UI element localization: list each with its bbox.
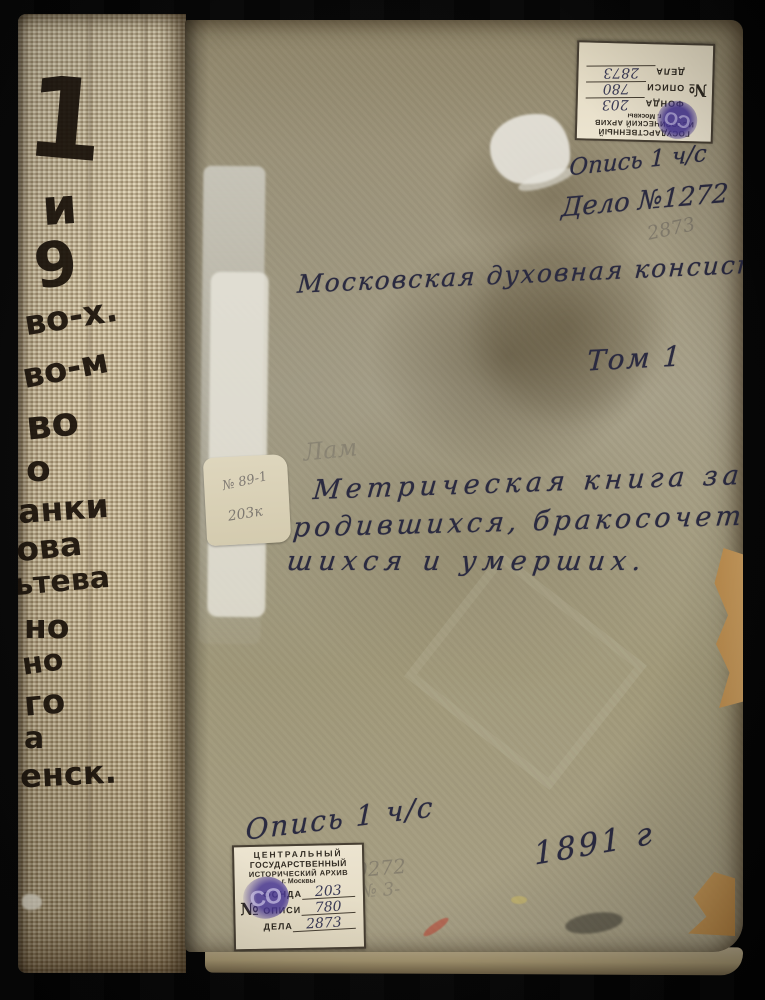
label-remnant-number: № 89-1 [221,469,269,494]
stamp-rows: № ФОНДА 203 ОПИСИ 780 ДЕЛА 2873 [580,64,711,111]
stamp-row-opis: ОПИСИ 780 [586,80,684,95]
ghost-stamp-impression [404,552,647,790]
spine-writing-fragment: во-х. [22,293,120,341]
spine-writing-fragment: 1 [21,61,108,179]
spine-writing-fragment: 9 [30,232,80,299]
stamp-row-value: 2873 [586,65,655,78]
stamp-row-value: 780 [301,901,356,916]
label-remnant-fond: 203к [227,503,264,524]
book-spine-burlap: 1 и 9 во-х. во-м во о анки ова ьтева но … [18,14,186,973]
stamp-row-delo: ДЕЛА 2873 [586,64,684,79]
stamp-row-label: ОПИСИ [646,82,684,93]
archive-stamp-bottom-left: ЦЕНТРАЛЬНЫЙ ГОСУДАРСТВЕННЫЙ ИСТОРИЧЕСКИЙ… [232,843,366,952]
red-pencil-mark [421,915,450,939]
stamp-row-delo: ДЕЛА 2873 [263,918,355,932]
stamp-row-value: 203 [302,885,355,900]
stamp-row-value: 2873 [293,917,356,932]
pencil-number-bottom2: № 3- [359,879,401,903]
handwriting-title-line2: родившихся, бракосочетав- [292,499,743,543]
spine-writing-fragment: но [20,645,65,680]
dark-smudge [564,909,624,937]
stamp-row-label: ДЕЛА [655,66,684,77]
stamp-row-label: ДЕЛА [264,921,293,932]
spine-writing-fragment: го [23,684,67,721]
stamp-row-value: 780 [586,81,646,94]
handwriting-title-line1: Метрическая книга записи [312,457,743,506]
handwriting-opis-top: Опись 1 ч/с [569,141,707,182]
spine-writing-fragment: но [24,610,69,643]
faint-scribble: Лам [302,433,359,467]
spine-writing-fragment: ьтева [18,563,111,601]
archive-stamp-top-right: ГОСУДАРСТВЕННЫЙ ИСТОРИЧЕСКИЙ АРХИВ г. Мо… [575,40,716,144]
spine-writing-fragment: и [40,181,78,233]
handwriting-title-line3: шихся и умерших. [285,546,649,577]
spine-seam [144,14,147,973]
worn-white-patch [207,272,269,618]
spine-worn-spot [22,894,42,910]
old-label-remnant: № 89-1 203к [203,454,291,546]
handwriting-volume: Том 1 [586,339,683,377]
spine-writing-fragment: анки [18,489,110,528]
stamp-number-sign: № [688,79,707,99]
handwriting-opis-bottom: Опись 1 ч/с [245,790,434,846]
yellow-speck [511,896,527,904]
torn-corner-edge [683,872,735,936]
torn-paper-edge [713,548,743,708]
spine-writing-fragment: ова [18,527,83,567]
spine-writing-fragment: а [24,724,44,754]
spine-writing-fragment: о [26,452,51,488]
archival-book-photo: 1 и 9 во-х. во-м во о анки ова ьтева но … [0,0,765,1000]
spine-writing-fragment: енск. [19,755,117,792]
stamp-row-value: 203 [586,97,645,110]
spine-writing-fragment: во-м [20,344,112,394]
book-front-cover: № 89-1 203к Опись 1 ч/с Дело №1272 2873 … [185,20,743,952]
handwriting-year: 1891 г [533,815,656,872]
spine-writing-fragment: во [24,401,81,446]
